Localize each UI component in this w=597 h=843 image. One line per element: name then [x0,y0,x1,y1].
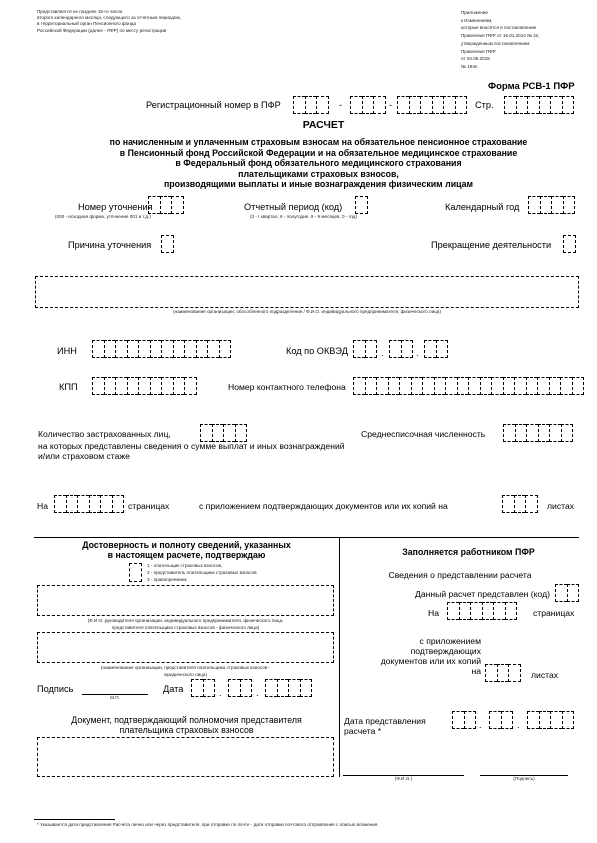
date-separator: . [256,688,259,699]
input-cell[interactable] [528,196,540,214]
insured-count-desc: на которых представлены сведения о сумме… [38,441,345,461]
input-cell[interactable] [501,711,514,729]
input-cell[interactable] [66,495,78,513]
okved-separator: . [381,348,384,359]
input-cell[interactable] [89,495,101,513]
subtitle-line: по начисленным и уплаченным страховым вз… [40,137,597,148]
input-cell[interactable] [191,679,203,697]
pfr-attach-line: подтверждающих [340,646,481,656]
input-cell[interactable] [203,679,216,697]
signer-type-options: 1 - плательщик страховых взносов, 2 - пр… [147,562,257,583]
pfr-date-label-line: Дата представления [344,716,426,726]
insured-count-desc-line: на которых представлены сведения о сумме… [38,441,345,451]
input-cell[interactable] [265,679,277,697]
document-subtitle: по начисленным и уплаченным страховым вз… [40,137,597,190]
section-divider [34,537,579,538]
input-cell[interactable] [150,340,162,358]
input-cell[interactable] [538,424,550,442]
correction-number-label: Номер уточнения [78,202,153,213]
signer-fio-field[interactable] [37,585,334,616]
header-appendix: Приложение к Изменениям, которые вносятс… [461,9,540,71]
input-cell[interactable] [420,96,432,114]
pfr-date-label: Дата представления расчета * [344,716,426,736]
input-cell[interactable] [150,377,162,395]
pfr-signature-hint: (Подпись) [480,776,568,782]
subtitle-line: плательщиками страховых взносов, [40,169,597,180]
confirm-title-line: Достоверность и полноту сведений, указан… [34,540,339,550]
input-cell[interactable] [549,377,561,395]
input-cell[interactable] [365,340,378,358]
input-cell[interactable] [561,424,574,442]
input-cell[interactable] [397,96,409,114]
insured-count-field[interactable] [200,424,247,442]
confirm-title: Достоверность и полноту сведений, указан… [34,540,339,561]
authority-doc-title-line: плательщика страховых взносов [34,725,339,735]
input-cell[interactable] [485,664,497,682]
input-cell[interactable] [362,96,374,114]
input-cell[interactable] [497,664,509,682]
appendix-line: Правления ПФР от 16.01.2014 № 2п, [461,32,540,40]
input-cell[interactable] [240,679,253,697]
kpp-field[interactable] [92,377,197,395]
input-cell[interactable] [572,377,585,395]
header-instructions-line: Российской Федерации (далее - ПФР) по ме… [37,28,181,34]
input-cell[interactable] [555,584,567,602]
input-cell[interactable] [447,602,459,620]
input-cell[interactable] [161,377,173,395]
calendar-year-label: Календарный год [445,202,519,213]
input-cell[interactable] [104,340,116,358]
input-cell[interactable] [112,495,125,513]
input-cell[interactable] [212,424,224,442]
termination-field[interactable] [563,235,576,253]
input-cell[interactable] [127,377,139,395]
input-cell[interactable] [563,196,576,214]
confirm-date-day[interactable] [191,679,215,697]
inn-field[interactable] [92,340,231,358]
avg-headcount-label: Среднесписочная численность [361,429,485,440]
hint-line: (Ф.И.О. руководителя организации, индиви… [37,617,334,624]
correction-number-field[interactable] [148,196,184,214]
form-name: Форма РСВ-1 ПФР [488,81,575,92]
input-cell[interactable] [77,495,89,513]
input-cell[interactable] [355,196,368,214]
input-cell[interactable] [540,196,552,214]
pfr-section-title: Заполняется работником ПФР [340,547,597,558]
organization-name-field[interactable] [35,276,579,308]
correction-reason-field[interactable] [161,235,174,253]
input-cell[interactable] [200,424,212,442]
pfr-attach-line: на [340,666,481,676]
input-cell[interactable] [196,340,208,358]
input-cell[interactable] [161,340,173,358]
input-cell[interactable] [493,602,505,620]
input-cell[interactable] [567,584,580,602]
reporting-period-field[interactable] [355,196,368,214]
input-cell[interactable] [539,711,551,729]
footnote-divider [34,819,115,820]
appendix-line: утвержденным постановлением [461,40,540,48]
input-cell[interactable] [173,340,185,358]
input-cell[interactable] [505,602,518,620]
input-cell[interactable] [353,377,365,395]
input-cell[interactable] [432,96,444,114]
pfr-attach-suffix: листах [531,670,558,681]
correction-number-hint: (000 - исходная форма, уточнение 001 и т… [55,214,151,220]
confirm-date-label: Дата [163,684,183,695]
attachments-prefix: с приложением подтверждающих документов … [199,501,448,512]
subtitle-line: в Пенсионный фонд Российской Федерации и… [40,148,597,159]
input-cell[interactable] [503,424,515,442]
pfr-pages-prefix: На [428,608,439,619]
input-cell[interactable] [388,377,400,395]
input-cell[interactable] [389,340,401,358]
stamp-label: М.П. [82,695,148,701]
input-cell[interactable] [138,377,150,395]
pfr-attach-line: с приложением [340,636,481,646]
pfr-date-year[interactable] [527,711,574,729]
termination-label: Прекращение деятельности [431,240,551,251]
input-cell[interactable] [373,96,386,114]
input-cell[interactable] [502,495,514,513]
input-cell[interactable] [459,602,471,620]
pages-prefix: На [37,501,48,512]
input-cell[interactable] [316,96,329,114]
input-cell[interactable] [100,495,112,513]
appendix-line: Правления ПФР [461,48,540,56]
attachments-suffix: листах [547,501,574,512]
input-cell[interactable] [455,96,468,114]
input-cell[interactable] [514,495,526,513]
input-cell[interactable] [399,377,411,395]
okved-field-2[interactable] [389,340,413,358]
input-cell[interactable] [482,602,494,620]
hint-line: юридического лица) [37,671,334,678]
input-cell[interactable] [223,424,235,442]
appendix-line: Приложение [461,9,540,17]
pfr-info-title: Сведения о представлении расчета [340,570,580,581]
input-cell[interactable] [550,96,562,114]
appendix-line: к Изменениям, [461,17,540,25]
date-separator: . [219,688,222,699]
input-cell[interactable] [515,424,527,442]
input-cell[interactable] [489,711,501,729]
input-cell[interactable] [305,96,317,114]
input-cell[interactable] [527,711,539,729]
input-cell[interactable] [300,679,313,697]
input-cell[interactable] [288,679,300,697]
input-cell[interactable] [551,196,563,214]
insured-count-label: Количество застрахованных лиц, [38,429,171,440]
input-cell[interactable] [148,196,160,214]
input-cell[interactable] [401,340,414,358]
input-cell[interactable] [365,377,377,395]
signer-fio-hint: (Ф.И.О. руководителя организации, индиви… [37,617,334,631]
hint-line: (наименование организации, представителя… [37,664,334,671]
input-cell[interactable] [92,340,104,358]
input-cell[interactable] [445,377,457,395]
input-cell[interactable] [563,235,576,253]
input-cell[interactable] [173,377,185,395]
input-cell[interactable] [443,96,455,114]
input-cell[interactable] [411,377,423,395]
confirm-date-year[interactable] [265,679,312,697]
insured-count-desc-line: и/или страховом стаже [38,451,345,461]
kpp-label: КПП [59,382,78,393]
footnote: * Указывается дата представления Расчета… [37,822,379,828]
page-label: Стр. [475,100,494,111]
input-cell[interactable] [549,424,561,442]
representative-org-field[interactable] [37,632,334,663]
subtitle-line: производящими выплаты и иные вознагражде… [40,179,597,190]
input-cell[interactable] [491,377,503,395]
okved-label: Код по ОКВЭД [286,346,348,357]
input-cell[interactable] [376,377,388,395]
input-cell[interactable] [424,340,436,358]
input-cell[interactable] [353,340,365,358]
input-cell[interactable] [464,711,477,729]
input-cell[interactable] [161,235,174,253]
pfr-date-month[interactable] [489,711,513,729]
signer-type-field[interactable] [129,563,142,583]
pfr-date-day[interactable] [452,711,476,729]
organization-name-hint: (наименование организации, обособленного… [35,309,579,315]
calendar-year-field[interactable] [528,196,575,214]
pfr-pages-suffix: страницах [533,608,574,619]
pfr-pages-field[interactable] [447,602,517,620]
input-cell[interactable] [184,377,197,395]
avg-headcount-field[interactable] [503,424,573,442]
input-cell[interactable] [470,602,482,620]
input-cell[interactable] [228,679,240,697]
header-instructions: Представляется не позднее 15-го числа вт… [37,9,181,34]
hint-line: представителя плательщика страховых взно… [37,624,334,631]
reg-number-part2[interactable] [350,96,386,114]
input-cell[interactable] [92,377,104,395]
reg-number-part3[interactable] [397,96,467,114]
input-cell[interactable] [550,711,562,729]
pages-suffix: страницах [128,501,169,512]
phone-label: Номер контактного телефона [228,382,346,393]
input-cell[interactable] [516,96,528,114]
okved-field-1[interactable] [353,340,377,358]
input-cell[interactable] [219,340,232,358]
input-cell[interactable] [436,340,449,358]
input-cell[interactable] [54,495,66,513]
input-cell[interactable] [526,377,538,395]
input-cell[interactable] [562,96,575,114]
input-cell[interactable] [409,96,421,114]
authority-doc-title: Документ, подтверждающий полномочия пред… [34,715,339,736]
input-cell[interactable] [207,340,219,358]
reporting-period-hint: (3 - I квартал, 6 - полугодие, 9 - 9 мес… [250,214,357,220]
phone-field[interactable] [353,377,584,395]
input-cell[interactable] [277,679,289,697]
input-cell[interactable] [138,340,150,358]
okved-separator: . [416,348,419,359]
reg-number-label: Регистрационный номер в ПФР [146,100,281,111]
signer-option: 1 - плательщик страховых взносов, [147,562,257,569]
input-cell[interactable] [171,196,184,214]
input-cell[interactable] [127,340,139,358]
input-cell[interactable] [480,377,492,395]
input-cell[interactable] [160,196,172,214]
input-cell[interactable] [560,377,572,395]
reg-number-part1[interactable] [293,96,329,114]
input-cell[interactable] [504,96,516,114]
input-cell[interactable] [184,340,196,358]
pfr-attach-line: документов или их копий [340,656,481,666]
submitted-code-field[interactable] [555,584,579,602]
input-cell[interactable] [457,377,469,395]
input-cell[interactable] [104,377,116,395]
reporting-period-label: Отчетный период (код) [244,202,342,213]
input-cell[interactable] [115,377,127,395]
input-cell[interactable] [293,96,305,114]
inn-label: ИНН [57,346,77,357]
confirm-date-month[interactable] [228,679,252,697]
input-cell[interactable] [468,377,480,395]
input-cell[interactable] [503,377,515,395]
pfr-fio-hint: (Ф.И.О.) [343,776,464,782]
input-cell[interactable] [422,377,434,395]
subtitle-line: в Федеральный фонд обязательного медицин… [40,158,597,169]
input-cell[interactable] [525,495,538,513]
okved-field-3[interactable] [424,340,448,358]
confirm-title-line: в настоящем расчете, подтверждаю [34,550,339,560]
input-cell[interactable] [350,96,362,114]
pfr-attach-label: с приложением подтверждающих документов … [340,636,481,676]
signer-option: 2 - представитель плательщика страховых … [147,569,257,576]
appendix-line: от 04.06.2015 [461,55,540,63]
input-cell[interactable] [539,96,551,114]
input-cell[interactable] [434,377,446,395]
input-cell[interactable] [562,711,575,729]
representative-org-hint: (наименование организации, представителя… [37,664,334,678]
submitted-code-label: Данный расчет представлен (код) [340,589,550,600]
attachments-field[interactable] [502,495,538,513]
input-cell[interactable] [115,340,127,358]
reg-separator: - [389,100,392,111]
date-separator: . [517,720,520,731]
pfr-date-label-line: расчета * [344,726,426,736]
input-cell[interactable] [235,424,248,442]
input-cell[interactable] [129,563,142,582]
input-cell[interactable] [514,377,526,395]
signer-option: 3 - правопреемник [147,576,257,583]
input-cell[interactable] [508,664,521,682]
page-number-field[interactable] [504,96,574,114]
authority-doc-title-line: Документ, подтверждающий полномочия пред… [34,715,339,725]
input-cell[interactable] [452,711,464,729]
appendix-line: № 194п [461,63,540,71]
pfr-attach-field[interactable] [485,664,521,682]
pages-field[interactable] [54,495,124,513]
authority-doc-field[interactable] [37,737,334,777]
correction-reason-label: Причина уточнения [68,240,151,251]
date-separator: . [479,720,482,731]
input-cell[interactable] [537,377,549,395]
signature-label: Подпись [37,684,73,695]
input-cell[interactable] [526,424,538,442]
appendix-line: которые вносятся в постановление [461,24,540,32]
reg-separator: - [339,100,342,111]
document-title: РАСЧЕТ [0,120,597,131]
input-cell[interactable] [527,96,539,114]
